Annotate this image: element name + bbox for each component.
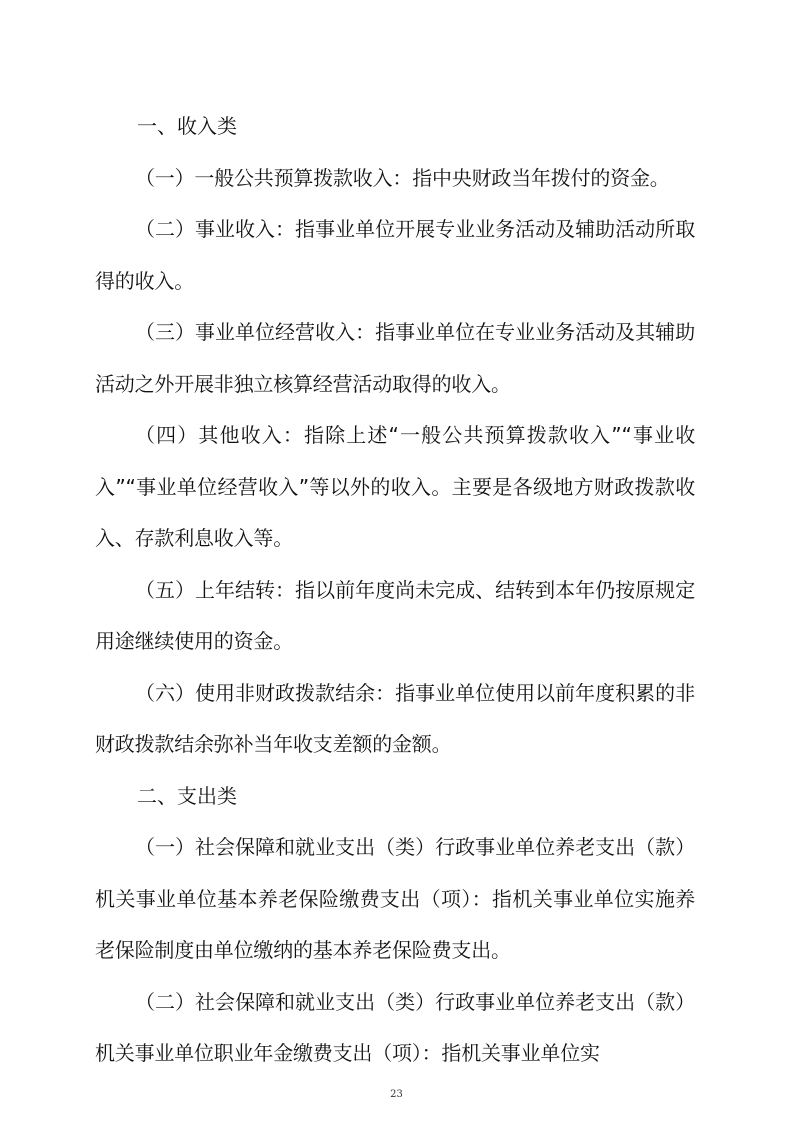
section-heading-income: 一、收入类: [95, 101, 695, 153]
page-number: 23: [0, 1089, 793, 1100]
paragraph-non-fiscal-surplus: （六）使用非财政拨款结余：指事业单位使用以前年度积累的非财政拨款结余弥补当年收支…: [95, 668, 695, 771]
section-heading-expenditure: 二、支出类: [95, 771, 695, 823]
paragraph-operating-income: （三）事业单位经营收入：指事业单位在专业业务活动及其辅助活动之外开展非独立核算经…: [95, 307, 695, 410]
paragraph-general-budget-income: （一）一般公共预算拨款收入：指中央财政当年拨付的资金。: [95, 153, 695, 205]
paragraph-other-income: （四）其他收入：指除上述“一般公共预算拨款收入”“事业收入”“事业单位经营收入”…: [95, 410, 695, 565]
document-page: 一、收入类 （一）一般公共预算拨款收入：指中央财政当年拨付的资金。 （二）事业收…: [95, 101, 695, 1080]
paragraph-basic-pension-expenditure: （一）社会保障和就业支出（类）行政事业单位养老支出（款）机关事业单位基本养老保险…: [95, 822, 695, 977]
paragraph-prior-year-carryover: （五）上年结转：指以前年度尚未完成、结转到本年仍按原规定用途继续使用的资金。: [95, 565, 695, 668]
paragraph-business-income: （二）事业收入：指事业单位开展专业业务活动及辅助活动所取得的收入。: [95, 204, 695, 307]
paragraph-occupational-annuity-expenditure: （二）社会保障和就业支出（类）行政事业单位养老支出（款）机关事业单位职业年金缴费…: [95, 977, 695, 1080]
